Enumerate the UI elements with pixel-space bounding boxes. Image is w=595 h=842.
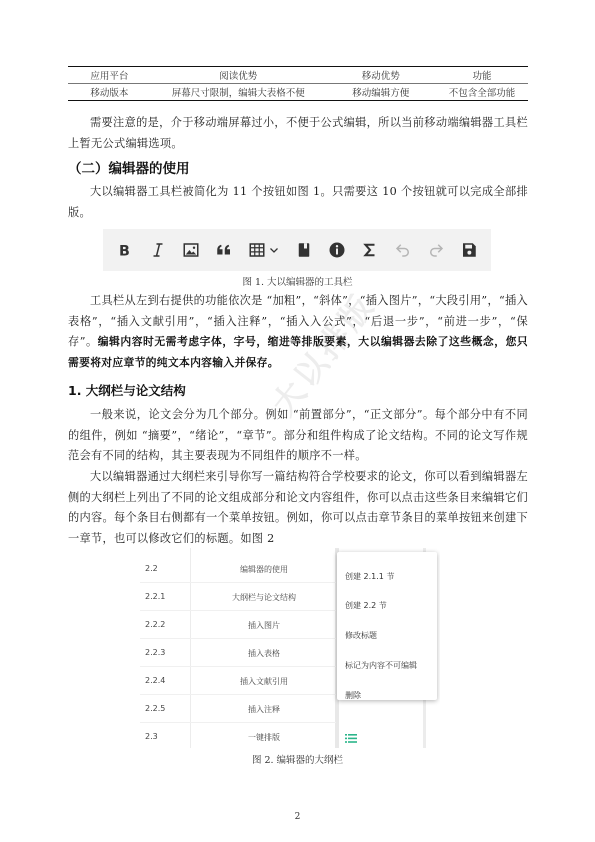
figure-2-caption: 图 2. 编辑器的大纲栏 [0, 752, 595, 766]
menu-item-rename[interactable]: 修改标题 [345, 630, 377, 641]
paragraph-toolbar-intro: 大以编辑器工具栏被简化为 11 个按钮如图 1。只需要这 10 个按钮就可以完成… [68, 182, 528, 223]
quote-icon [215, 241, 233, 259]
italic-button[interactable] [147, 239, 169, 261]
outline-item[interactable]: 2.2.5插入注释 [140, 695, 336, 723]
svg-text:B: B [119, 243, 130, 259]
figure-1-caption: 图 1. 大以编辑器的工具栏 [0, 274, 595, 288]
outline-item[interactable]: 2.2.1大纲栏与论文结构 [140, 583, 336, 611]
table-header: 功能 [436, 67, 528, 84]
outline-item-title: 大纲栏与论文结构 [192, 592, 336, 603]
chevron-down-icon [268, 244, 280, 256]
outline-item-number: 2.2.2 [145, 620, 165, 629]
save-icon [460, 241, 478, 259]
section-heading: （二）编辑器的使用 [68, 157, 190, 177]
table-header: 移动优势 [326, 67, 436, 84]
insert-table-button[interactable] [246, 239, 282, 261]
table-icon [248, 241, 266, 259]
page-number: 2 [0, 812, 595, 822]
redo-button[interactable] [425, 239, 447, 261]
insert-note-button[interactable] [326, 239, 348, 261]
outline-item-title: 一键排版 [192, 732, 336, 743]
table-header: 阅读优势 [151, 67, 326, 84]
sigma-icon [361, 241, 379, 259]
outline-panel-figure: 2.2编辑器的使用 2.2.1大纲栏与论文结构 2.2.2插入图片 2.2.3插… [140, 548, 440, 748]
outline-item[interactable]: 2.2编辑器的使用 [140, 555, 336, 583]
table-cell: 屏幕尺寸限制，编辑大表格不便 [151, 84, 326, 101]
outline-item-number: 2.3 [145, 732, 158, 741]
table-cell: 移动编辑方便 [326, 84, 436, 101]
insert-formula-button[interactable] [359, 239, 381, 261]
table-row: 移动版本 屏幕尺寸限制，编辑大表格不便 移动编辑方便 不包含全部功能 [68, 84, 528, 101]
outline-item-title: 插入表格 [192, 648, 336, 659]
outline-item-title: 插入注释 [192, 704, 336, 715]
quote-button[interactable] [213, 239, 235, 261]
bold-button[interactable]: B [114, 239, 136, 261]
table-cell: 不包含全部功能 [436, 84, 528, 101]
italic-icon [149, 241, 167, 259]
outline-item-title: 插入图片 [192, 620, 336, 631]
outline-item-title: 编辑器的使用 [192, 564, 336, 575]
book-icon [295, 241, 313, 259]
insert-image-button[interactable] [180, 239, 202, 261]
menu-item-delete[interactable]: 删除 [345, 690, 361, 701]
menu-item-lock-content[interactable]: 标记为内容不可编辑 [345, 660, 417, 671]
comparison-table: 应用平台 阅读优势 移动优势 功能 移动版本 屏幕尺寸限制，编辑大表格不便 移动… [68, 66, 528, 101]
outline-item-number: 2.2.4 [145, 676, 165, 685]
menu-item-create-section[interactable]: 创建 2.2 节 [345, 600, 387, 611]
outline-item-title: 插入文献引用 [192, 676, 336, 687]
insert-citation-button[interactable] [293, 239, 315, 261]
paragraph-outline-intro: 大以编辑器通过大纲栏来引导你写一篇结构符合学校要求的论文，你可以看到编辑器左侧的… [68, 467, 528, 549]
outline-item[interactable]: 2.3一键排版 [140, 723, 336, 748]
outline-item[interactable]: 2.2.2插入图片 [140, 611, 336, 639]
outline-item-number: 2.2 [145, 564, 158, 573]
editor-toolbar: B [103, 229, 491, 271]
list-menu-icon[interactable] [345, 734, 357, 743]
redo-icon [427, 241, 445, 259]
info-icon [328, 241, 346, 259]
paragraph-mobile-note: 需要注意的是，介于移动端屏幕过小，不便于公式编辑，所以当前移动端编辑器工具栏上暂… [68, 113, 528, 154]
undo-icon [394, 241, 412, 259]
context-menu: 创建 2.1.1 节 创建 2.2 节 修改标题 标记为内容不可编辑 删除 [337, 552, 437, 700]
bold-icon: B [116, 241, 134, 259]
outline-item-number: 2.2.5 [145, 704, 165, 713]
save-button[interactable] [458, 239, 480, 261]
menu-item-create-subsection[interactable]: 创建 2.1.1 节 [345, 571, 394, 582]
table-header: 应用平台 [68, 67, 151, 84]
outline-item[interactable]: 2.2.3插入表格 [140, 639, 336, 667]
image-icon [182, 241, 200, 259]
outline-item-number: 2.2.3 [145, 648, 165, 657]
undo-button[interactable] [392, 239, 414, 261]
outline-item[interactable]: 2.2.4插入文献引用 [140, 667, 336, 695]
subsection-heading: 1. 大纲栏与论文结构 [68, 381, 186, 399]
table-header-row: 应用平台 阅读优势 移动优势 功能 [68, 67, 528, 84]
table-cell: 移动版本 [68, 84, 151, 101]
outline-item-number: 2.2.1 [145, 592, 165, 601]
